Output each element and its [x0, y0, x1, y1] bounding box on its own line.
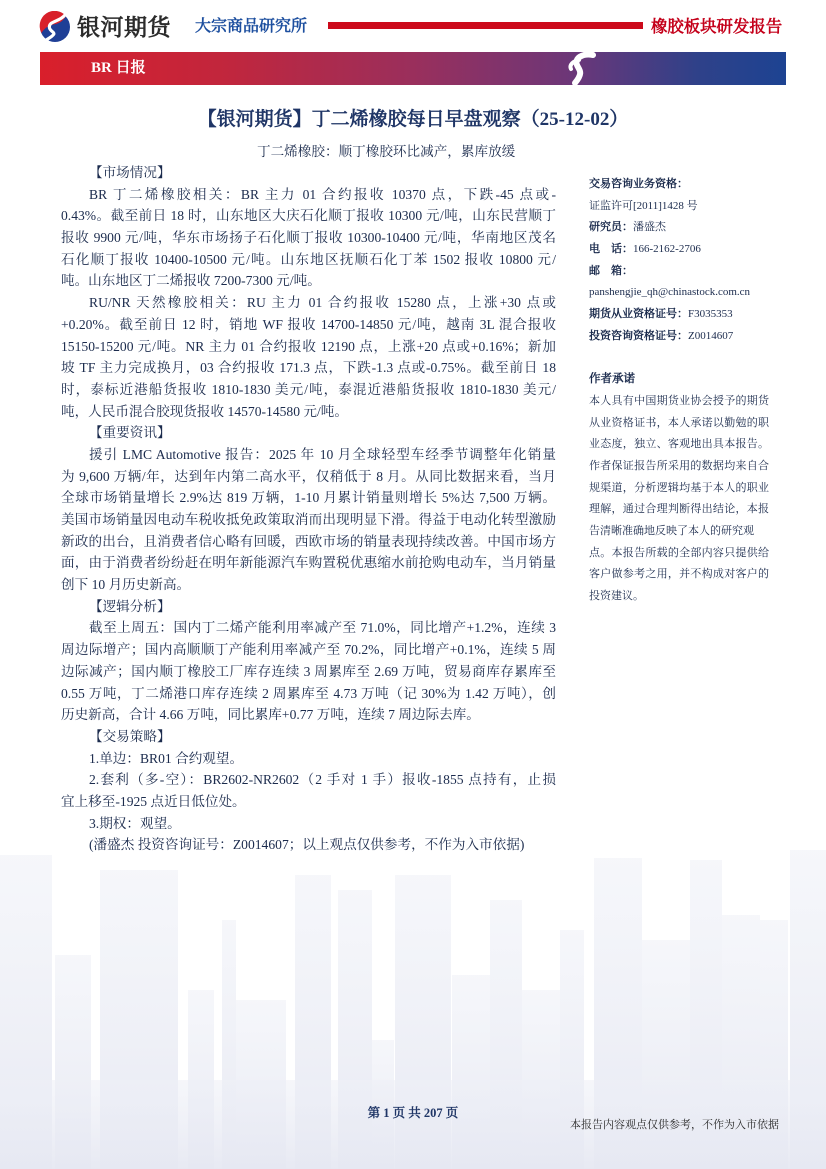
report-series-title: 橡胶板块研发报告 — [651, 15, 782, 39]
report-subtitle: 丁二烯橡胶：顺丁橡胶环比减产，累库放缓 — [257, 141, 515, 163]
text-line: 吨，人民币混合胶现货报收 14570-14580 元/吨。 — [61, 401, 556, 423]
label: 邮 箱： — [589, 265, 633, 277]
qualification-label: 交易咨询业务资格： — [589, 174, 769, 196]
text-line: BR 丁二烯橡胶相关：BR 主力 01 合约报收 10370 点，下跌-45 点… — [61, 184, 556, 206]
text-line: 吨。山东地区丁二烯报收 7200-7300 元/吨。 — [61, 270, 556, 292]
banner-label: BR 日报 — [91, 52, 146, 85]
institute-name: 大宗商品研究所 — [195, 15, 307, 39]
email-link[interactable]: panshengjie_qh@chinastock.com.cn — [589, 286, 750, 298]
text-line: 15150-15200 元/吨。NR 主力 01 合约报收 12190 点，上涨… — [61, 336, 556, 358]
report-title: 【银河期货】丁二烯橡胶每日早盘观察（25-12-02） — [0, 107, 826, 133]
commitment-line: 规渠道，分析逻辑均基于本人的职业 — [589, 478, 769, 500]
text-line: 全球市场销量增长 2.9%达 819 万辆，1-10 月累计销量则增长 5%达 … — [61, 487, 556, 509]
commitment-title: 作者承诺 — [589, 369, 769, 391]
text-line: 援引 LMC Automotive 报告：2025 年 10 月全球轻型车经季节… — [61, 444, 556, 466]
email-row: 邮 箱： — [589, 261, 769, 283]
analyst-note: (潘盛杰 投资咨询证号：Z0014607；以上观点仅供参考，不作为入市依据) — [61, 834, 556, 856]
section-heading-analysis: 【逻辑分析】 — [61, 596, 556, 618]
commitment-line: 投资建议。 — [589, 586, 769, 608]
report-body: 【市场情况】 BR 丁二烯橡胶相关：BR 主力 01 合约报收 10370 点，… — [61, 162, 556, 856]
section-heading-strategy: 【交易策略】 — [61, 726, 556, 748]
commitment-line: 点。本报告所载的全部内容只提供给 — [589, 543, 769, 565]
commitment-line: 理解，通过合理判断得出结论，本报 — [589, 499, 769, 521]
label: 交易咨询业务资格： — [589, 178, 688, 190]
text-line: 0.55 万吨，丁二烯港口库存连续 2 周累库至 4.73 万吨（记 30%为 … — [61, 683, 556, 705]
researcher-name: 潘盛杰 — [633, 221, 666, 233]
commitment-line: 业态度，独立、客观地出具本报告。 — [589, 434, 769, 456]
text-line: 创下 10 月历史新高。 — [61, 574, 556, 596]
commitment-line: 本人具有中国期货业协会授予的期货 — [589, 391, 769, 413]
researcher-row: 研究员：潘盛杰 — [589, 217, 769, 239]
text-line: 截至上周五：国内丁二烯产能利用率减产至 71.0%，同比增产+1.2%，连续 3 — [61, 617, 556, 639]
text-line: +0.20%。截至前日 12 时，销地 WF 报收 14700-14850 元/… — [61, 314, 556, 336]
text-line: 0.43%。截至前日 18 时，山东地区大庆石化顺丁报收 10300 元/吨，山… — [61, 205, 556, 227]
text-line: 历史新高，合计 4.66 万吨，同比累库+0.77 万吨，连续 7 周边际去库。 — [61, 704, 556, 726]
invest-cert-row: 投资咨询资格证号：Z0014607 — [589, 326, 769, 348]
swoosh-logo-icon — [555, 52, 599, 85]
commitment-line: 客户做参考之用，并不构成对客户的 — [589, 564, 769, 586]
text-line: 报收 9900 元/吨，华东市场扬子石化顺丁报收 10300-10400 元/吨… — [61, 227, 556, 249]
invest-cert-number: Z0014607 — [688, 330, 733, 342]
email-value-row: panshengjie_qh@chinastock.com.cn — [589, 282, 769, 304]
section-heading-news: 【重要资讯】 — [61, 422, 556, 444]
text-line: RU/NR 天然橡胶相关：RU 主力 01 合约报收 15280 点，上涨+30… — [61, 292, 556, 314]
text-line: 周边际增产；国内高顺顺丁产能利用率减产至 70.2%，同比增产+0.1%，连续 … — [61, 639, 556, 661]
label: 投资咨询资格证号： — [589, 330, 688, 342]
label: 研究员： — [589, 221, 633, 233]
futures-cert-number: F3035353 — [688, 308, 733, 320]
text-line: 为 9,600 万辆/年，达到年内第二高水平，仅稍低于 8 月。从同比数据来看，… — [61, 466, 556, 488]
text-line: 面，由于消费者纷纷赶在明年新能源汽车购置税优惠缩水前抢购电动车，当月销量 — [61, 552, 556, 574]
strategy-options: 3.期权：观望。 — [61, 813, 556, 835]
sidebar: 交易咨询业务资格： 证监许可[2011]1428 号 研究员：潘盛杰 电 话：1… — [589, 174, 769, 608]
report-type-banner: BR 日报 — [40, 52, 786, 85]
commitment-line: 作者保证报告所采用的数据均来自合 — [589, 456, 769, 478]
label: 期货从业资格证号： — [589, 308, 688, 320]
futures-cert-row: 期货从业资格证号：F3035353 — [589, 304, 769, 326]
text-line: 坡 TF 主力完成换月，03 合约报收 171.3 点，下跌-1.3 点或-0.… — [61, 357, 556, 379]
text-line: 石化顺丁报收 10400-10500 元/吨。山东地区抚顺石化丁苯 1502 报… — [61, 249, 556, 271]
commitment-line: 告清晰准确地反映了本人的研究观 — [589, 521, 769, 543]
label: 电 话： — [589, 243, 633, 255]
company-name: 银河期货 — [77, 12, 171, 42]
qualification-value: 证监许可[2011]1428 号 — [589, 196, 769, 218]
commitment-line: 从业资格证书，本人承诺以勤勉的职 — [589, 413, 769, 435]
text-line: 边际减产；国内顺丁橡胶工厂库存连续 3 周累库至 2.69 万吨，贸易商库存累库… — [61, 661, 556, 683]
section-heading-market: 【市场情况】 — [61, 162, 556, 184]
strategy-spread: 2.套利（多-空）：BR2602-NR2602（2 手对 1 手）报收-1855… — [61, 769, 556, 791]
text-line: 新政的出台，且消费者信心略有回暖，西欧市场的销量表现持续改善。中国市场方 — [61, 531, 556, 553]
yinhe-logo-icon — [39, 11, 71, 43]
spacer — [589, 348, 769, 370]
phone-row: 电 话：166-2162-2706 — [589, 239, 769, 261]
header-divider-bar — [328, 22, 643, 29]
text-line: 时，泰标近港船货报收 1810-1830 美元/吨，泰混近港船货报收 1810-… — [61, 379, 556, 401]
phone-number: 166-2162-2706 — [633, 243, 701, 255]
footer-disclaimer: 本报告内容观点仅供参考，不作为入市依据 — [570, 1116, 779, 1134]
strategy-spread-cont: 宜上移至-1925 点近日低位处。 — [61, 791, 556, 813]
strategy-outright: 1.单边：BR01 合约观望。 — [61, 748, 556, 770]
text-line: 美国市场销量因电动车税收抵免政策取消而出现明显下滑。得益于电动化转型激励 — [61, 509, 556, 531]
